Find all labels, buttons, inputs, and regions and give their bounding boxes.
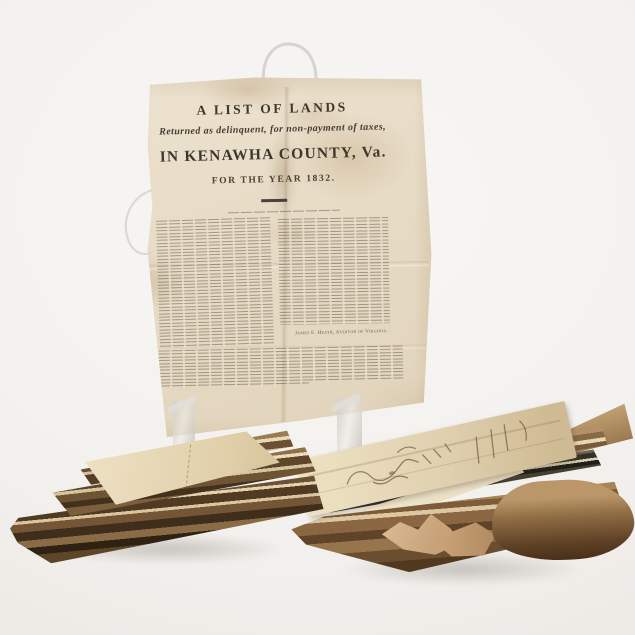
title-line-1: A LIST OF LANDS [132, 98, 412, 120]
fine-print-column-left [156, 217, 274, 349]
fine-print-bottom-paragraph [159, 345, 404, 384]
fine-print-column-right [278, 217, 390, 325]
signature-line: James E. Heath, Auditor of Virginia. [295, 328, 405, 337]
title-divider-rule [261, 199, 287, 202]
display-wire-left [118, 184, 164, 262]
photo-scene: A LIST OF LANDS Returned as delinquent, … [0, 0, 635, 635]
broadside-paper: A LIST OF LANDS Returned as delinquent, … [133, 72, 435, 440]
docket-writing-line [185, 445, 191, 488]
title-line-3: IN KENAWHA COUNTY, Va. [133, 143, 413, 167]
title-line-2: Returned as delinquent, for non-payment … [133, 121, 413, 138]
title-line-4: FOR THE YEAR 1832. [134, 172, 414, 188]
broadside-title-block: A LIST OF LANDS Returned as delinquent, … [131, 69, 414, 225]
